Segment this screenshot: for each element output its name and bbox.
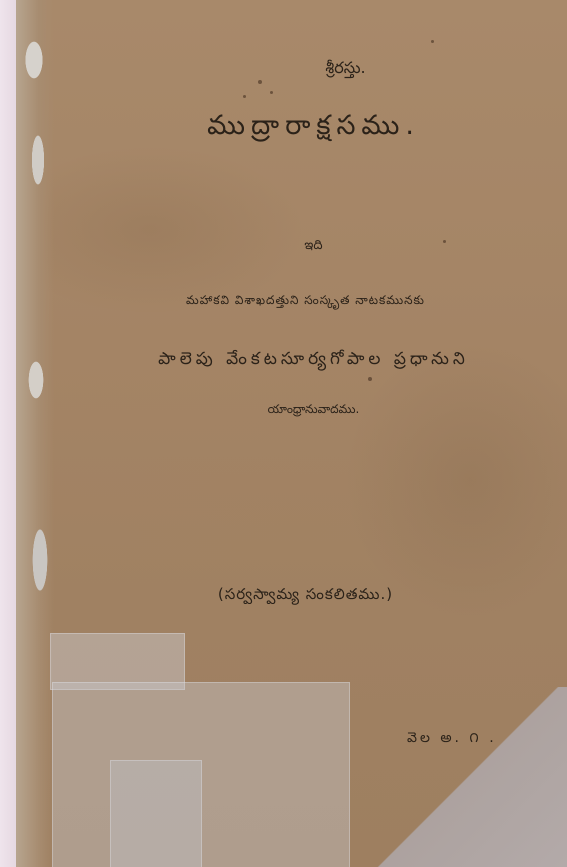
corner-tape <box>367 687 567 867</box>
repair-tape-overlap <box>110 760 202 867</box>
ink-spot <box>431 40 434 43</box>
ink-spot <box>368 377 372 381</box>
ink-spot <box>243 95 246 98</box>
document-page: శ్రీరస్తు. ముద్రారాక్షసము. ఇది మహాకవి వి… <box>0 0 567 867</box>
translator-line: పాలెపు వేంకటసూర్యగోపాల ప్రధానుని <box>30 349 567 373</box>
copyright-line: (సర్వస్వామ్య సంకలితము.) <box>22 585 567 607</box>
author-line: మహాకవి విశాఖదత్తుని సంస్కృత నాటకమునకు <box>22 293 567 310</box>
connector-text: ఇది <box>30 238 567 256</box>
translation-line: యాంధ్రానువాదము. <box>30 402 567 419</box>
invocation-text: శ్రీరస్తు. <box>62 58 567 81</box>
book-title: ముద్రారాక్షసము. <box>30 110 567 148</box>
ink-spot <box>270 91 273 94</box>
